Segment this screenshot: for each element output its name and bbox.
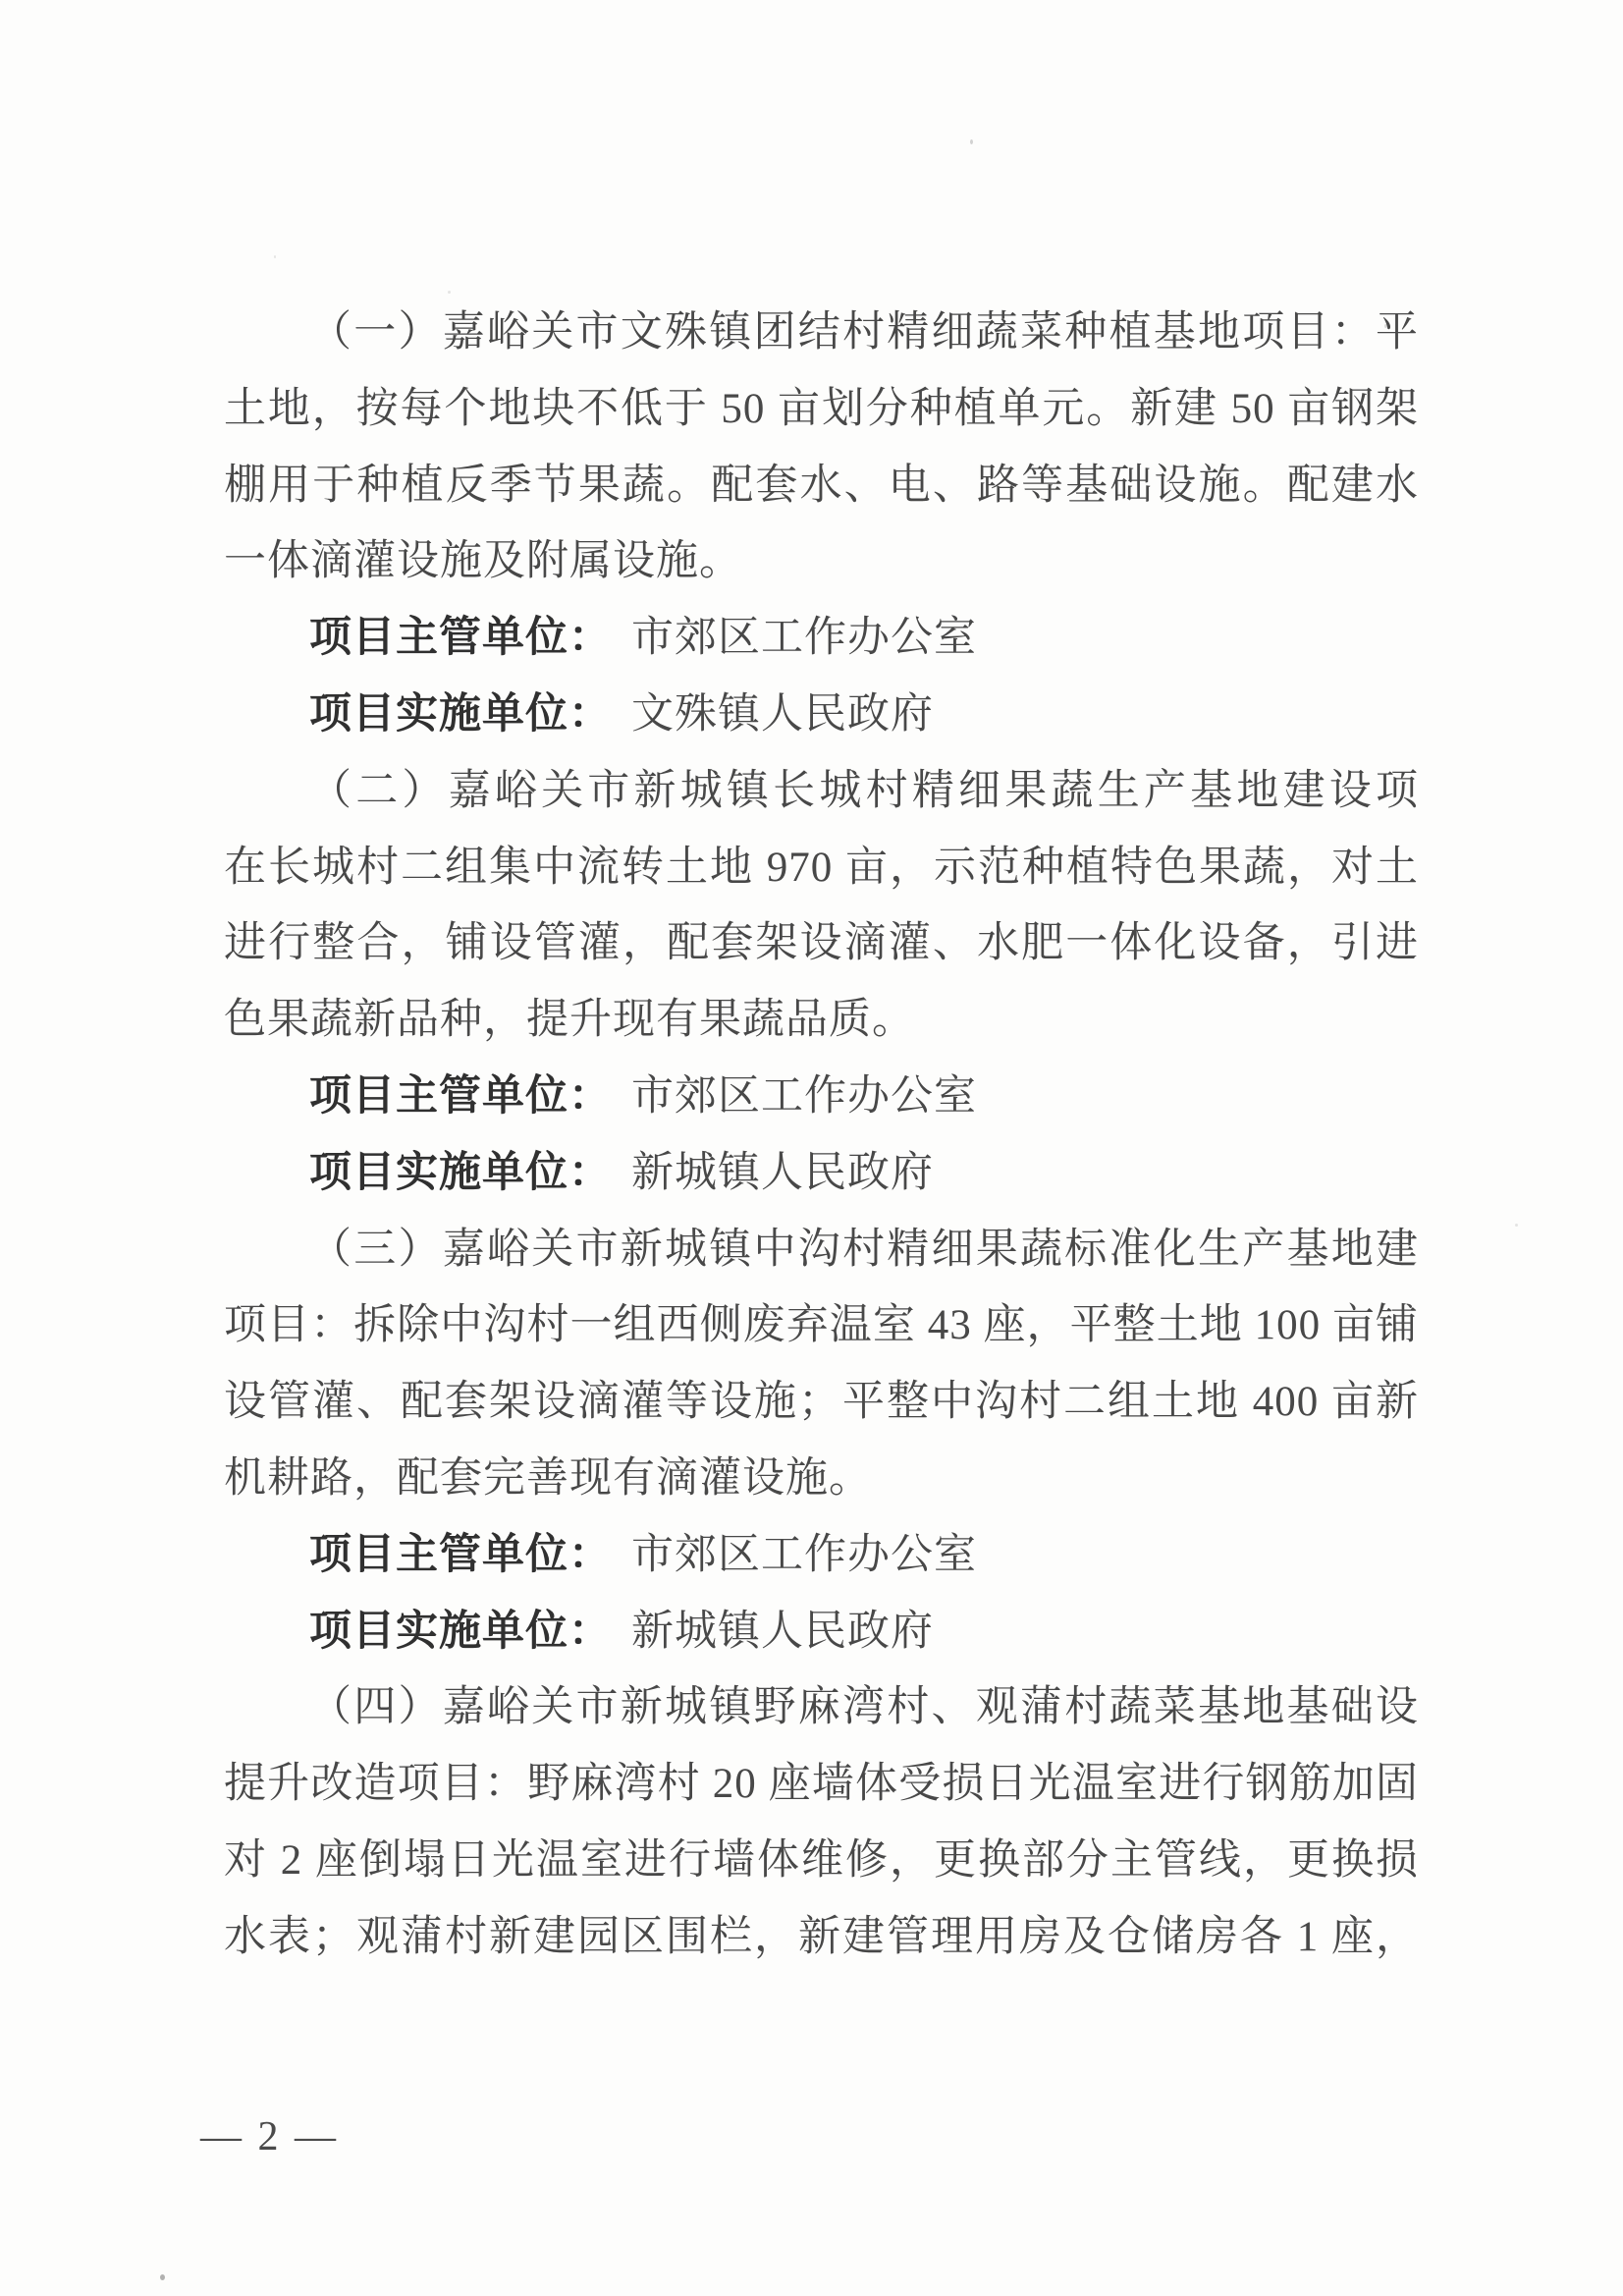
line-text: 一体滴灌设施及附属设施。	[224, 538, 742, 584]
label-line: 项目实施单位：新城镇人民政府	[224, 1594, 1419, 1670]
paragraph-line: （三）嘉峪关市新城镇中沟村精细果蔬标准化生产基地建设	[224, 1212, 1419, 1288]
line-text: 项目：拆除中沟村一组西侧废弃温室 43 座，平整土地 100 亩铺	[224, 1302, 1419, 1348]
line-text: 土地，按每个地块不低于 50 亩划分种植单元。新建 50 亩钢架拱	[224, 386, 1419, 448]
page-number: — 2 —	[200, 2107, 339, 2166]
field-value: 市郊区工作办公室	[631, 1073, 977, 1120]
line-text: （一）嘉峪关市文殊镇团结村精细蔬菜种植基地项目：平整	[309, 309, 1419, 371]
field-value: 文殊镇人民政府	[631, 691, 934, 738]
body-text: （一）嘉峪关市文殊镇团结村精细蔬菜种植基地项目：平整 土地，按每个地块不低于 5…	[224, 295, 1419, 1976]
paragraph-line: 棚用于种植反季节果蔬。配套水、电、路等基础设施。配建水肥	[224, 448, 1419, 524]
line-text: 提升改造项目：野麻湾村 20 座墙体受损日光温室进行钢筋加固	[224, 1761, 1419, 1807]
line-text: 设管灌、配套架设滴灌等设施；平整中沟村二组土地 400 亩新建	[224, 1379, 1419, 1441]
field-value: 市郊区工作办公室	[631, 1532, 977, 1578]
field-value: 市郊区工作办公室	[631, 615, 977, 661]
paragraph-line: （二）嘉峪关市新城镇长城村精细果蔬生产基地建设项目：	[224, 753, 1419, 830]
field-value: 新城镇人民政府	[631, 1609, 934, 1655]
field-value: 新城镇人民政府	[631, 1150, 934, 1196]
line-text: 对 2 座倒塌日光温室进行墙体维修，更换部分主管线，更换损坏	[224, 1837, 1419, 1899]
field-label: 项目实施单位：	[309, 691, 612, 738]
paragraph-line: 项目：拆除中沟村一组西侧废弃温室 43 座，平整土地 100 亩铺	[224, 1287, 1419, 1364]
line-text: （四）嘉峪关市新城镇野麻湾村、观蒲村蔬菜基地基础设施	[309, 1684, 1419, 1746]
label-line: 项目实施单位：新城镇人民政府	[224, 1135, 1419, 1212]
label-line: 项目主管单位：市郊区工作办公室	[224, 600, 1419, 677]
line-text: 色果蔬新品种，提升现有果蔬品质。	[224, 997, 915, 1043]
paragraph-line: 进行整合，铺设管灌，配套架设滴灌、水肥一体化设备，引进特	[224, 905, 1419, 982]
label-line: 项目实施单位：文殊镇人民政府	[224, 677, 1419, 753]
field-label: 项目实施单位：	[309, 1609, 612, 1655]
scan-speck	[1384, 324, 1387, 328]
field-label: 项目主管单位：	[309, 1532, 612, 1578]
paragraph-line: 水表；观蒲村新建园区围栏，新建管理用房及仓储房各 1 座，实	[224, 1899, 1419, 1976]
line-text: 进行整合，铺设管灌，配套架设滴灌、水肥一体化设备，引进特	[224, 920, 1419, 982]
field-label: 项目实施单位：	[309, 1150, 612, 1196]
paragraph-line: 色果蔬新品种，提升现有果蔬品质。	[224, 982, 1419, 1059]
line-text: 机耕路，配套完善现有滴灌设施。	[224, 1455, 872, 1502]
paragraph-line: 设管灌、配套架设滴灌等设施；平整中沟村二组土地 400 亩新建	[224, 1364, 1419, 1441]
paragraph-line: 土地，按每个地块不低于 50 亩划分种植单元。新建 50 亩钢架拱	[224, 371, 1419, 448]
paragraph-line: 提升改造项目：野麻湾村 20 座墙体受损日光温室进行钢筋加固	[224, 1746, 1419, 1823]
label-line: 项目主管单位：市郊区工作办公室	[224, 1517, 1419, 1594]
scan-speck	[448, 291, 451, 294]
line-text: （二）嘉峪关市新城镇长城村精细果蔬生产基地建设项目：	[309, 768, 1419, 830]
paragraph-line: （四）嘉峪关市新城镇野麻湾村、观蒲村蔬菜基地基础设施	[224, 1669, 1419, 1746]
line-text: 棚用于种植反季节果蔬。配套水、电、路等基础设施。配建水肥	[224, 463, 1419, 524]
scan-speck	[160, 2274, 165, 2280]
line-text: （三）嘉峪关市新城镇中沟村精细果蔬标准化生产基地建设	[309, 1227, 1419, 1288]
paragraph-line: 在长城村二组集中流转土地 970 亩，示范种植特色果蔬，对土地	[224, 830, 1419, 906]
scan-speck	[274, 255, 276, 258]
field-label: 项目主管单位：	[309, 615, 612, 661]
field-label: 项目主管单位：	[309, 1073, 612, 1120]
paragraph-line: 机耕路，配套完善现有滴灌设施。	[224, 1441, 1419, 1517]
paragraph-line: （一）嘉峪关市文殊镇团结村精细蔬菜种植基地项目：平整	[224, 295, 1419, 371]
scan-speck	[970, 139, 973, 144]
scan-speck	[1515, 1224, 1518, 1227]
label-line: 项目主管单位：市郊区工作办公室	[224, 1059, 1419, 1135]
paragraph-line: 对 2 座倒塌日光温室进行墙体维修，更换部分主管线，更换损坏	[224, 1823, 1419, 1899]
line-text: 在长城村二组集中流转土地 970 亩，示范种植特色果蔬，对土地	[224, 845, 1419, 906]
document-page: （一）嘉峪关市文殊镇团结村精细蔬菜种植基地项目：平整 土地，按每个地块不低于 5…	[0, 0, 1623, 2296]
line-text: 水表；观蒲村新建园区围栏，新建管理用房及仓储房各 1 座，实	[224, 1914, 1419, 1976]
paragraph-line: 一体滴灌设施及附属设施。	[224, 523, 1419, 600]
